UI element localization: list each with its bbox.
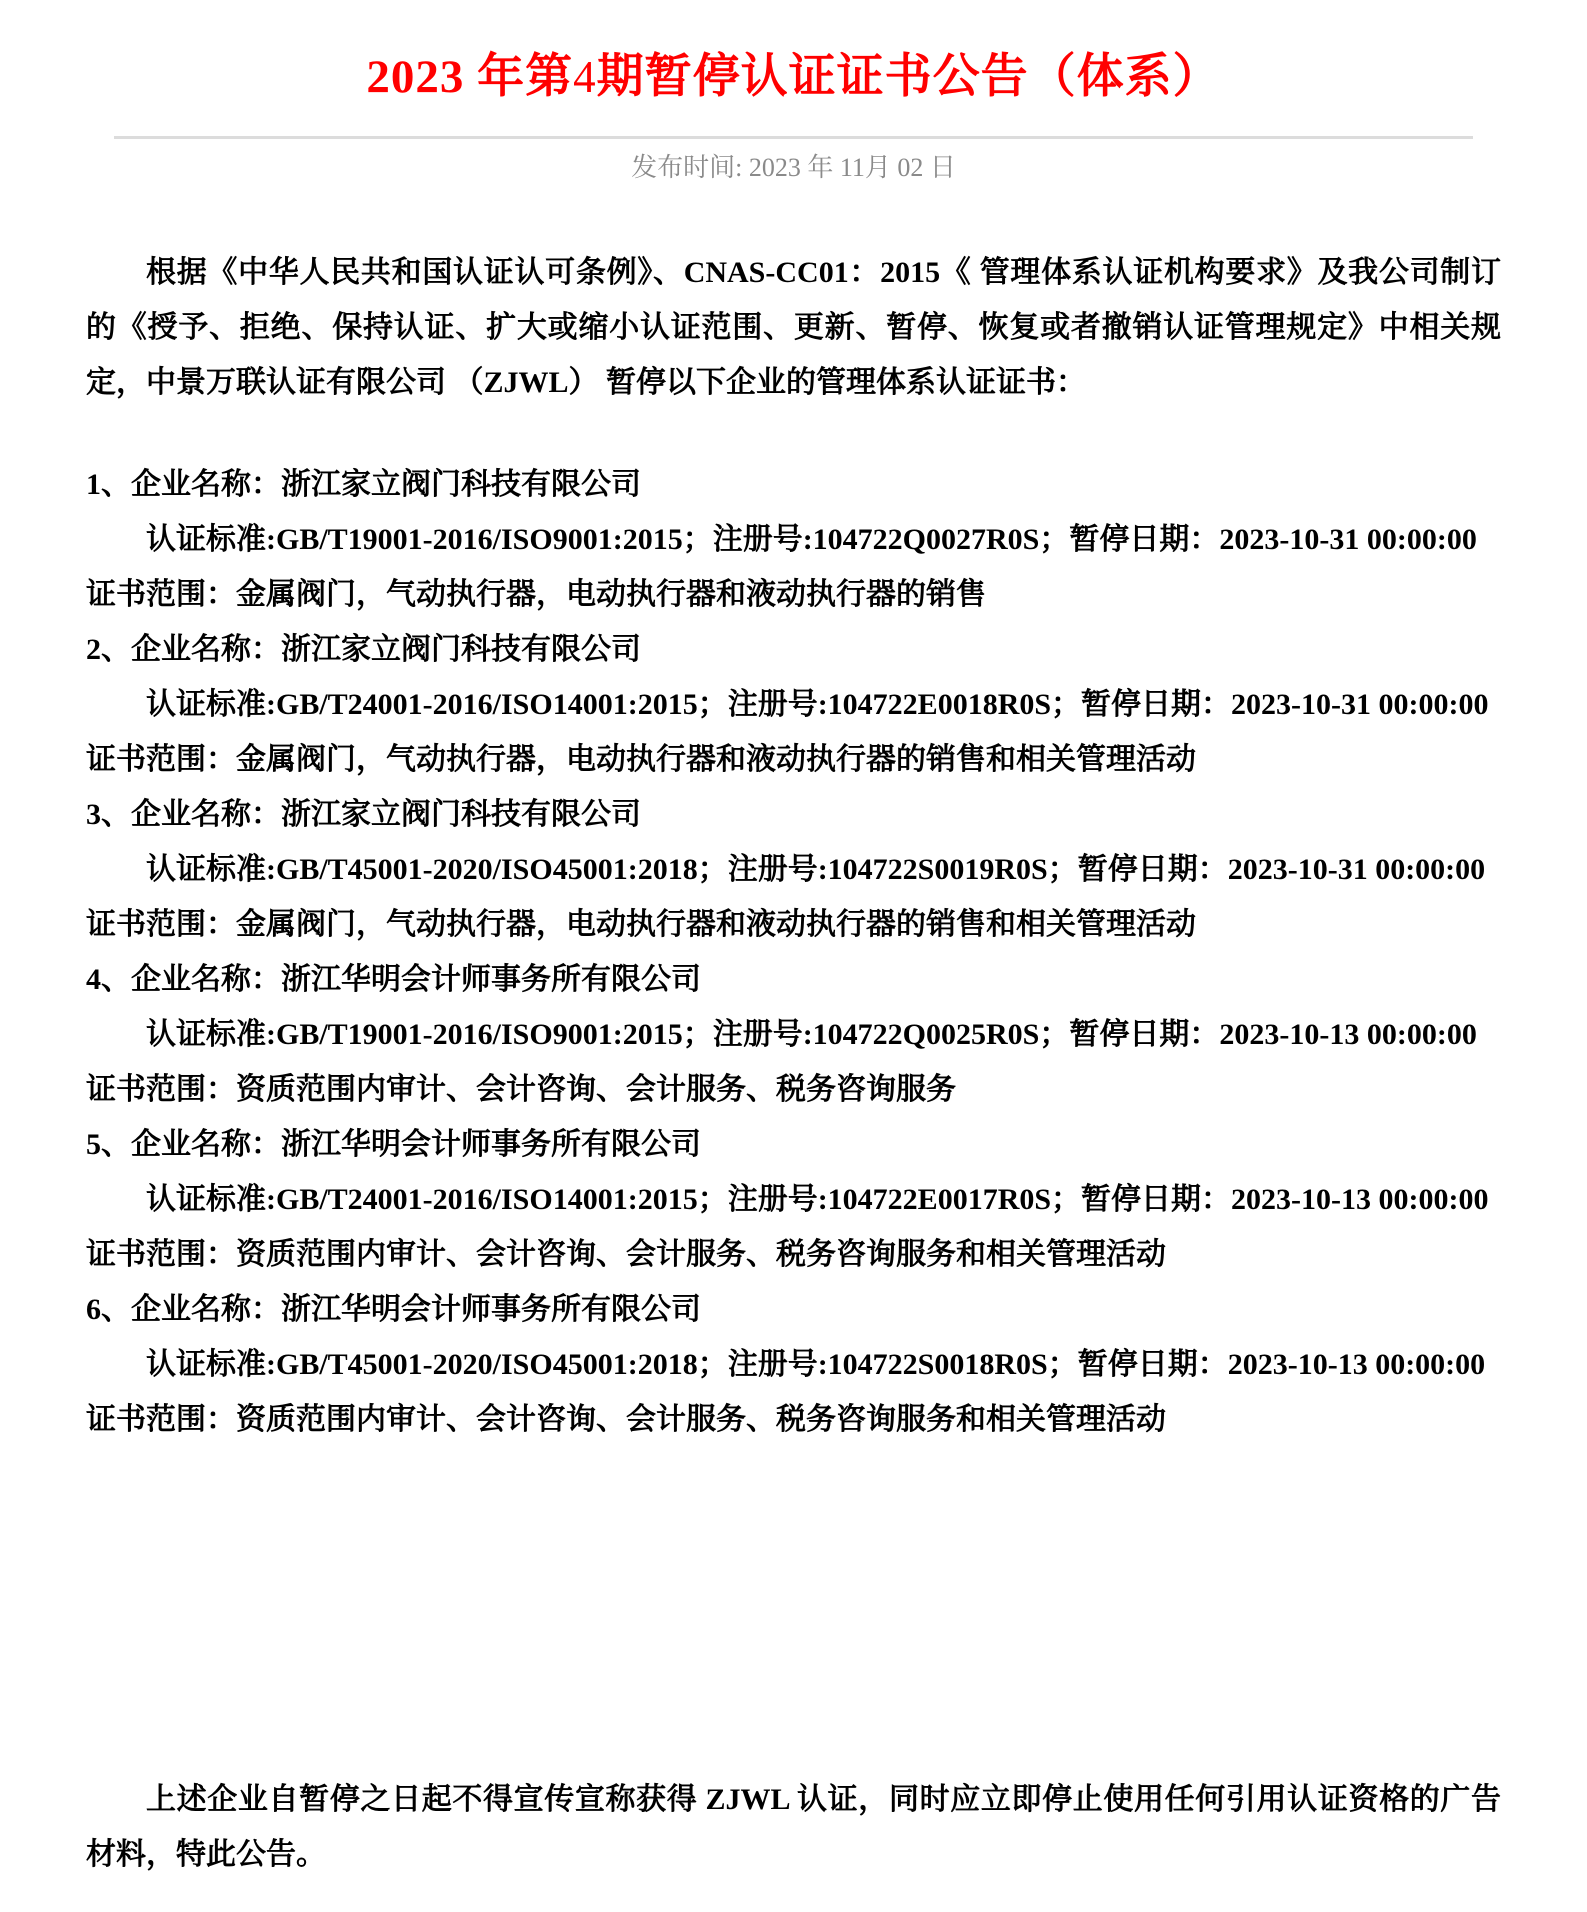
- certificate-scope-line: 证书范围：资质范围内审计、会计咨询、会计服务、税务咨询服务和相关管理活动: [86, 1227, 1501, 1282]
- certificate-scope-line: 证书范围：资质范围内审计、会计咨询、会计服务、税务咨询服务和相关管理活动: [86, 1392, 1501, 1447]
- company-name-line: 4、企业名称：浙江华明会计师事务所有限公司: [86, 952, 1501, 1007]
- certificate-scope-line: 证书范围：金属阀门，气动执行器，电动执行器和液动执行器的销售和相关管理活动: [86, 897, 1501, 952]
- certificate-scope-line: 证书范围：资质范围内审计、会计咨询、会计服务、税务咨询服务: [86, 1062, 1501, 1117]
- company-name-line: 2、企业名称：浙江家立阀门科技有限公司: [86, 622, 1501, 677]
- certificate-scope-line: 证书范围：金属阀门，气动执行器，电动执行器和液动执行器的销售和相关管理活动: [86, 732, 1501, 787]
- certification-standard-line: 认证标准:GB/T24001-2016/ISO14001:2015；注册号:10…: [86, 677, 1501, 732]
- company-name-line: 1、企业名称：浙江家立阀门科技有限公司: [86, 457, 1501, 512]
- announcement-document: 2023 年第4期暂停认证证书公告（体系） 发布时间: 2023 年 11月 0…: [0, 0, 1587, 1912]
- company-name-line: 6、企业名称：浙江华明会计师事务所有限公司: [86, 1282, 1501, 1337]
- company-name-line: 3、企业名称：浙江家立阀门科技有限公司: [86, 787, 1501, 842]
- title-suffix: 期暂停认证证书公告（体系）: [597, 51, 1221, 103]
- certificate-entry: 2、企业名称：浙江家立阀门科技有限公司 认证标准:GB/T24001-2016/…: [86, 622, 1501, 787]
- certification-standard-line: 认证标准:GB/T19001-2016/ISO9001:2015；注册号:104…: [86, 1007, 1501, 1062]
- certification-standard-line: 认证标准:GB/T45001-2020/ISO45001:2018；注册号:10…: [86, 1337, 1501, 1392]
- title-divider: [114, 136, 1472, 139]
- certification-standard-line: 认证标准:GB/T45001-2020/ISO45001:2018；注册号:10…: [86, 842, 1501, 897]
- certificate-entry: 6、企业名称：浙江华明会计师事务所有限公司 认证标准:GB/T45001-202…: [86, 1282, 1501, 1447]
- closing-paragraph: 上述企业自暂停之日起不得宣传宣称获得 ZJWL 认证，同时应立即停止使用任何引用…: [86, 1772, 1501, 1882]
- certificate-scope-line: 证书范围：金属阀门，气动执行器，电动执行器和液动执行器的销售: [86, 567, 1501, 622]
- certificate-entry: 3、企业名称：浙江家立阀门科技有限公司 认证标准:GB/T45001-2020/…: [86, 787, 1501, 952]
- certification-standard-line: 认证标准:GB/T24001-2016/ISO14001:2015；注册号:10…: [86, 1172, 1501, 1227]
- title-issue-number: 4: [573, 52, 597, 102]
- company-name-line: 5、企业名称：浙江华明会计师事务所有限公司: [86, 1117, 1501, 1172]
- entry-list: 1、企业名称：浙江家立阀门科技有限公司 认证标准:GB/T19001-2016/…: [86, 457, 1501, 1447]
- certification-standard-line: 认证标准:GB/T19001-2016/ISO9001:2015；注册号:104…: [86, 512, 1501, 567]
- certificate-entry: 5、企业名称：浙江华明会计师事务所有限公司 认证标准:GB/T24001-201…: [86, 1117, 1501, 1282]
- certificate-entry: 4、企业名称：浙江华明会计师事务所有限公司 认证标准:GB/T19001-201…: [86, 952, 1501, 1117]
- title-prefix: 2023 年第: [366, 51, 573, 103]
- publish-date: 发布时间: 2023 年 11月 02 日: [86, 151, 1501, 185]
- certificate-entry: 1、企业名称：浙江家立阀门科技有限公司 认证标准:GB/T19001-2016/…: [86, 457, 1501, 622]
- page-title: 2023 年第4期暂停认证证书公告（体系）: [86, 46, 1501, 108]
- intro-paragraph: 根据《中华人民共和国认证认可条例》、CNAS-CC01：2015《 管理体系认证…: [86, 245, 1501, 410]
